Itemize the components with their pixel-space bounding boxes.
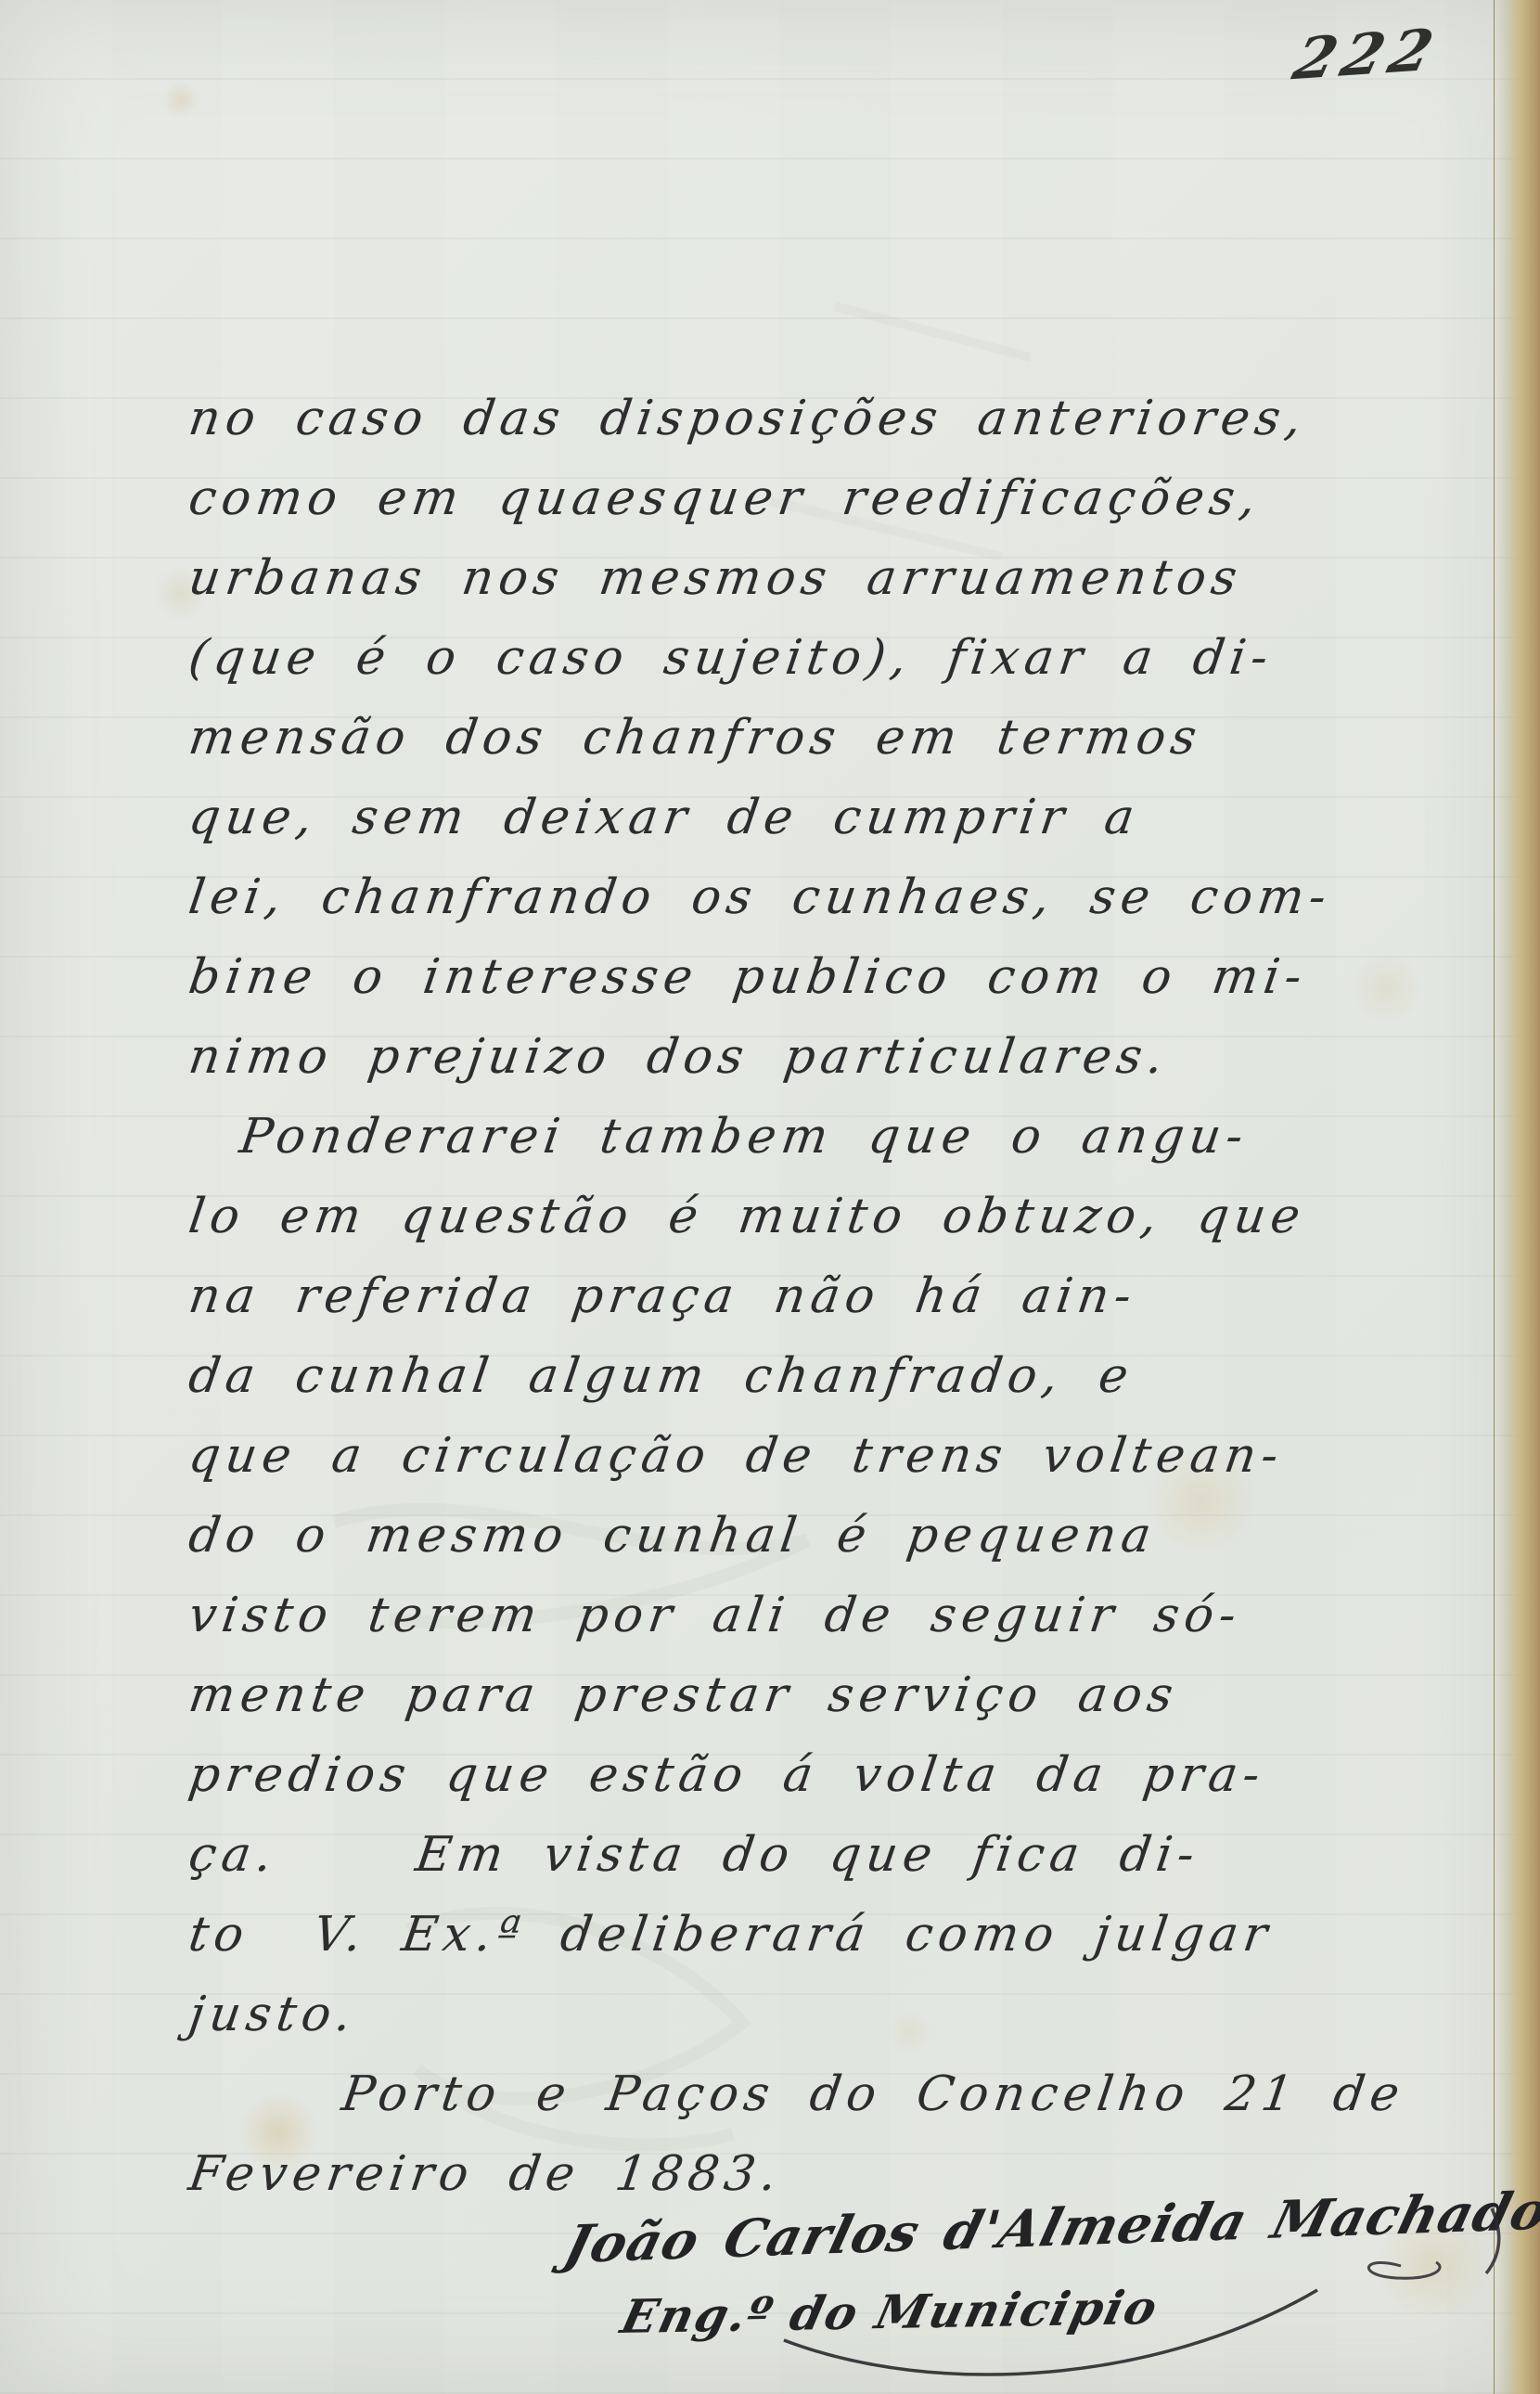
line-text: nimo prejuizo dos particulares. bbox=[186, 1029, 1173, 1085]
line-text: da cunhal algum chanfrado, e bbox=[186, 1348, 1137, 1404]
line-text: justo. bbox=[186, 1987, 361, 2042]
line-text: Em vista do que fica di- bbox=[412, 1827, 1203, 1883]
manuscript-line: visto terem por ali de seguir só- bbox=[184, 1576, 1494, 1655]
line-text: na referida praça não há ain- bbox=[186, 1268, 1140, 1324]
line-text: do o mesmo cunhal é pequena bbox=[186, 1508, 1160, 1564]
book-page-edge bbox=[1494, 0, 1540, 2394]
signature-title: Eng.º do Municipio bbox=[616, 2280, 1164, 2344]
manuscript-line: mente para prestar serviço aos bbox=[184, 1655, 1494, 1735]
line-text: que, sem deixar de cumprir a bbox=[186, 790, 1143, 845]
line-text: no caso das disposições anteriores, bbox=[186, 391, 1311, 446]
manuscript-line: que, sem deixar de cumprir a bbox=[184, 778, 1494, 857]
manuscript-line: lo em questão é muito obtuzo, que bbox=[184, 1177, 1494, 1256]
manuscript-line: como em quaesquer reedificações, bbox=[184, 458, 1494, 538]
line-text: mente para prestar serviço aos bbox=[186, 1667, 1182, 1723]
manuscript-line: (que é o caso sujeito), fixar a di- bbox=[184, 618, 1494, 698]
manuscript-line: da cunhal algum chanfrado, e bbox=[184, 1336, 1494, 1416]
manuscript-line: lei, chanfrando os cunhaes, se com- bbox=[184, 857, 1494, 937]
line-text: ça. bbox=[186, 1827, 281, 1883]
manuscript-line: mensão dos chanfros em termos bbox=[184, 698, 1494, 778]
manuscript-line: toV. Ex.ª deliberará como julgar bbox=[184, 1895, 1494, 1975]
line-text: Porto e Paços do Concelho 21 de bbox=[339, 2066, 1408, 2122]
manuscript-line: predios que estão á volta da pra- bbox=[184, 1735, 1494, 1815]
manuscript-line: que a circulação de trens voltean- bbox=[184, 1416, 1494, 1496]
manuscript-line: bine o interesse publico com o mi- bbox=[184, 937, 1494, 1017]
manuscript-line: no caso das disposições anteriores, bbox=[184, 379, 1494, 458]
manuscript-line: urbanas nos mesmos arruamentos bbox=[184, 538, 1494, 618]
line-text: como em quaesquer reedificações, bbox=[186, 470, 1265, 526]
manuscript-line: justo. bbox=[184, 1975, 1494, 2054]
line-text: Ponderarei tambem que o angu- bbox=[237, 1109, 1252, 1165]
manuscript-line: nimo prejuizo dos particulares. bbox=[184, 1017, 1494, 1097]
line-text: lei, chanfrando os cunhaes, se com- bbox=[186, 869, 1335, 925]
line-text: Fevereiro de 1883. bbox=[186, 2146, 786, 2202]
line-text: urbanas nos mesmos arruamentos bbox=[186, 550, 1246, 606]
manuscript-line: na referida praça não há ain- bbox=[184, 1256, 1494, 1336]
line-text: visto terem por ali de seguir só- bbox=[186, 1588, 1245, 1643]
manuscript-line-paragraph-start: Ponderarei tambem que o angu- bbox=[184, 1097, 1494, 1177]
line-text: mensão dos chanfros em termos bbox=[186, 710, 1206, 766]
line-text: que a circulação de trens voltean- bbox=[186, 1428, 1288, 1484]
line-text: lo em questão é muito obtuzo, que bbox=[186, 1189, 1309, 1244]
manuscript-line: do o mesmo cunhal é pequena bbox=[184, 1496, 1494, 1576]
line-text: V. Ex.ª deliberará como julgar bbox=[310, 1907, 1277, 1963]
line-text: predios que estão á volta da pra- bbox=[186, 1747, 1269, 1803]
line-text: to bbox=[186, 1907, 253, 1963]
line-text: (que é o caso sujeito), fixar a di- bbox=[186, 630, 1277, 686]
manuscript-text-block: no caso das disposições anteriores, como… bbox=[184, 379, 1482, 2214]
manuscript-line-sentence-end: ça.Em vista do que fica di- bbox=[184, 1815, 1494, 1895]
page-number: 222 bbox=[1287, 16, 1446, 93]
manuscript-dateline: Porto e Paços do Concelho 21 de bbox=[184, 2054, 1494, 2134]
line-text: bine o interesse publico com o mi- bbox=[186, 949, 1311, 1005]
